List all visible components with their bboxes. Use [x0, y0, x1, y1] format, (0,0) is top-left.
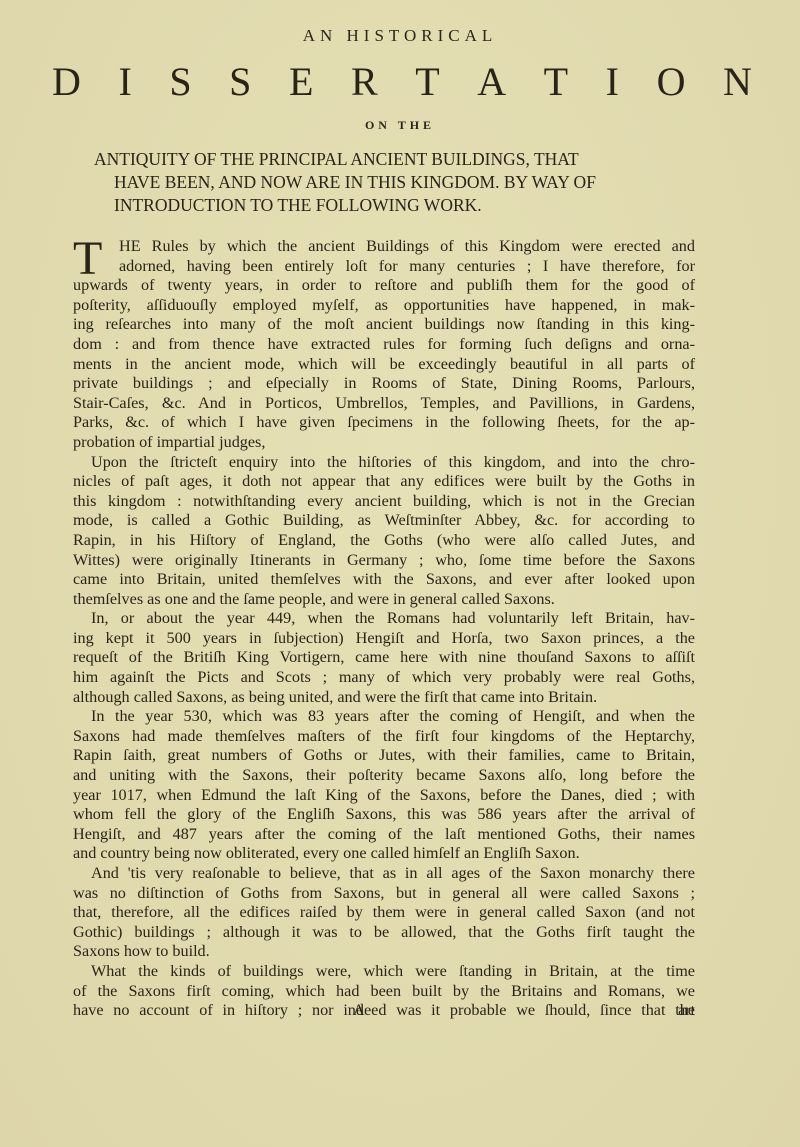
title-letter: R — [351, 58, 378, 105]
text-line: In the year 530, which was 83 years afte… — [73, 707, 695, 727]
text-line: Parks, &c. of which I have given ſpecime… — [73, 413, 695, 433]
title-letter: T — [544, 58, 568, 105]
subtitle-line: INTRODUCTION TO THE FOLLOWING WORK. — [94, 194, 694, 217]
title-letter: I — [606, 58, 619, 105]
paragraph-4: In the year 530, which was 83 years afte… — [73, 707, 695, 864]
text-line: poſterity, aſſiduouſly employed myſelf, … — [73, 296, 695, 316]
paragraph-2: Upon the ſtricteſt enquiry into the hiſt… — [73, 453, 695, 610]
text-line: was no diſtinction of Goths from Saxons,… — [73, 884, 695, 904]
text-line: whom fell the glory of the Engliſh Saxon… — [73, 805, 695, 825]
title-letter: T — [415, 58, 439, 105]
text-line: this kingdom : notwithſtanding every anc… — [73, 492, 695, 512]
text-line: came into Britain, united themſelves wit… — [73, 570, 695, 590]
catchword: art — [678, 1002, 695, 1020]
text-line: of the Saxons firſt coming, which had be… — [73, 982, 695, 1002]
text-line: And 'tis very reaſonable to believe, tha… — [73, 864, 695, 884]
text-line: Wittes) were originally Itinerants in Ge… — [73, 551, 695, 571]
text-line: Gothic) buildings ; although it was to b… — [73, 923, 695, 943]
title-letter: I — [118, 58, 131, 105]
signature-mark: A — [353, 1002, 365, 1020]
text-line: nicles of paſt ages, it doth not appear … — [73, 472, 695, 492]
title-letter: O — [657, 58, 686, 105]
text-line: although called Saxons, as being united,… — [73, 688, 695, 708]
subtitle-line: HAVE BEEN, AND NOW ARE IN THIS KINGDOM. … — [94, 171, 694, 194]
drop-cap: T — [73, 239, 102, 279]
text-line: that, therefore, all the edifices raiſed… — [73, 903, 695, 923]
text-line: ing kept it 500 years in ſubjection) Hen… — [73, 629, 695, 649]
text-line: Saxons how to build. — [73, 942, 695, 962]
text-line: Upon the ſtricteſt enquiry into the hiſt… — [73, 453, 695, 473]
page-footer: A art — [73, 1002, 695, 1024]
text-line: and country being now obliterated, every… — [73, 844, 695, 864]
text-line: dom : and from thence have extracted rul… — [73, 335, 695, 355]
text-line: mode, is called a Gothic Building, as We… — [73, 511, 695, 531]
title-letter: N — [723, 58, 752, 105]
paragraph-5: And 'tis very reaſonable to believe, tha… — [73, 864, 695, 962]
page-title: D I S S E R T A T I O N — [52, 58, 752, 105]
paragraph-3: In, or about the year 449, when the Roma… — [73, 609, 695, 707]
subtitle: ANTIQUITY OF THE PRINCIPAL ANCIENT BUILD… — [94, 148, 694, 217]
text-line: him againſt the Picts and Scots ; many o… — [73, 668, 695, 688]
text-line: In, or about the year 449, when the Roma… — [73, 609, 695, 629]
text-line: HE Rules by which the ancient Buildings … — [73, 237, 695, 257]
title-connector: ON THE — [0, 118, 800, 133]
title-letter: S — [229, 58, 251, 105]
text-line: year 1017, when Edmund the laſt King of … — [73, 786, 695, 806]
text-line: Hengiſt, and 487 years after the coming … — [73, 825, 695, 845]
text-line: adorned, having been entirely loſt for m… — [73, 257, 695, 277]
title-letter: E — [289, 58, 313, 105]
book-page: AN HISTORICAL D I S S E R T A T I O N ON… — [0, 0, 800, 1147]
text-line: and uniting with the Saxons, their poſte… — [73, 766, 695, 786]
text-line: Saxons had made themſelves maſters of th… — [73, 727, 695, 747]
text-line: What the kinds of buildings were, which … — [73, 962, 695, 982]
text-line: themſelves as one and the ſame people, a… — [73, 590, 695, 610]
subtitle-line: ANTIQUITY OF THE PRINCIPAL ANCIENT BUILD… — [94, 148, 694, 171]
text-line: ments in the ancient mode, which will be… — [73, 355, 695, 375]
title-letter: S — [169, 58, 191, 105]
text-line: Rapin, in his Hiſtory of England, the Go… — [73, 531, 695, 551]
text-line: upwards of twenty years, in order to reſ… — [73, 276, 695, 296]
text-line: ing reſearches into many of the moſt anc… — [73, 315, 695, 335]
text-line: requeſt of the Britiſh King Vortigern, c… — [73, 648, 695, 668]
title-letter: A — [477, 58, 506, 105]
text-line: Stair-Caſes, &c. And in Porticos, Umbrel… — [73, 394, 695, 414]
body-text: T HE Rules by which the ancient Building… — [73, 237, 695, 1021]
paragraph-1: T HE Rules by which the ancient Building… — [73, 237, 695, 453]
text-line: probation of impartial judges, — [73, 433, 695, 453]
text-line: Rapin ſaith, great numbers of Goths or J… — [73, 746, 695, 766]
text-line: private buildings ; and eſpecially in Ro… — [73, 374, 695, 394]
title-kicker: AN HISTORICAL — [0, 26, 800, 46]
title-letter: D — [52, 58, 81, 105]
